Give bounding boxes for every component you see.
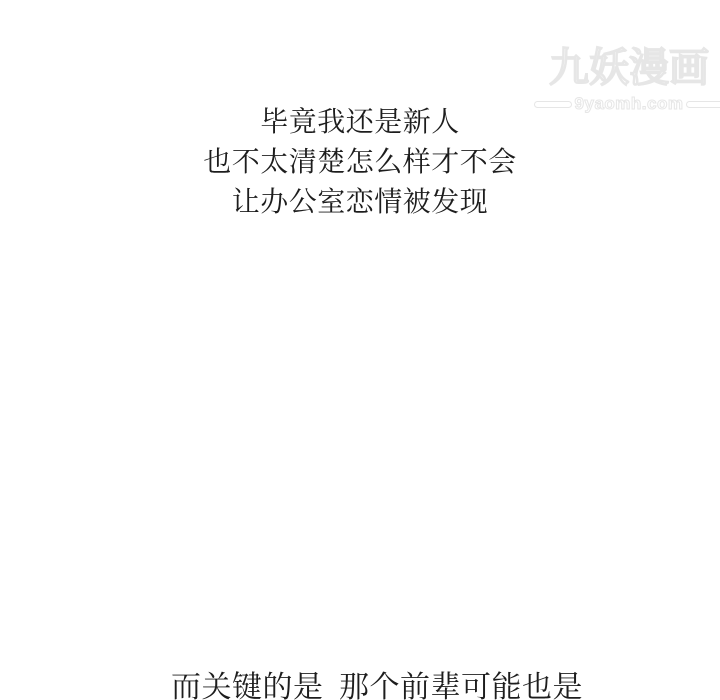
narration-line-3: 让办公室恋情被发现 [0,182,720,222]
bottom-caption: 而关键的是 那个前辈可能也是 [17,670,720,700]
narration-line-2: 也不太清楚怎么样才不会 [0,142,720,182]
narration-line-1: 毕竟我还是新人 [0,102,720,142]
watermark-brand-text: 九妖漫画 [546,44,712,92]
narration-block: 毕竟我还是新人 也不太清楚怎么样才不会 让办公室恋情被发现 [0,102,720,222]
